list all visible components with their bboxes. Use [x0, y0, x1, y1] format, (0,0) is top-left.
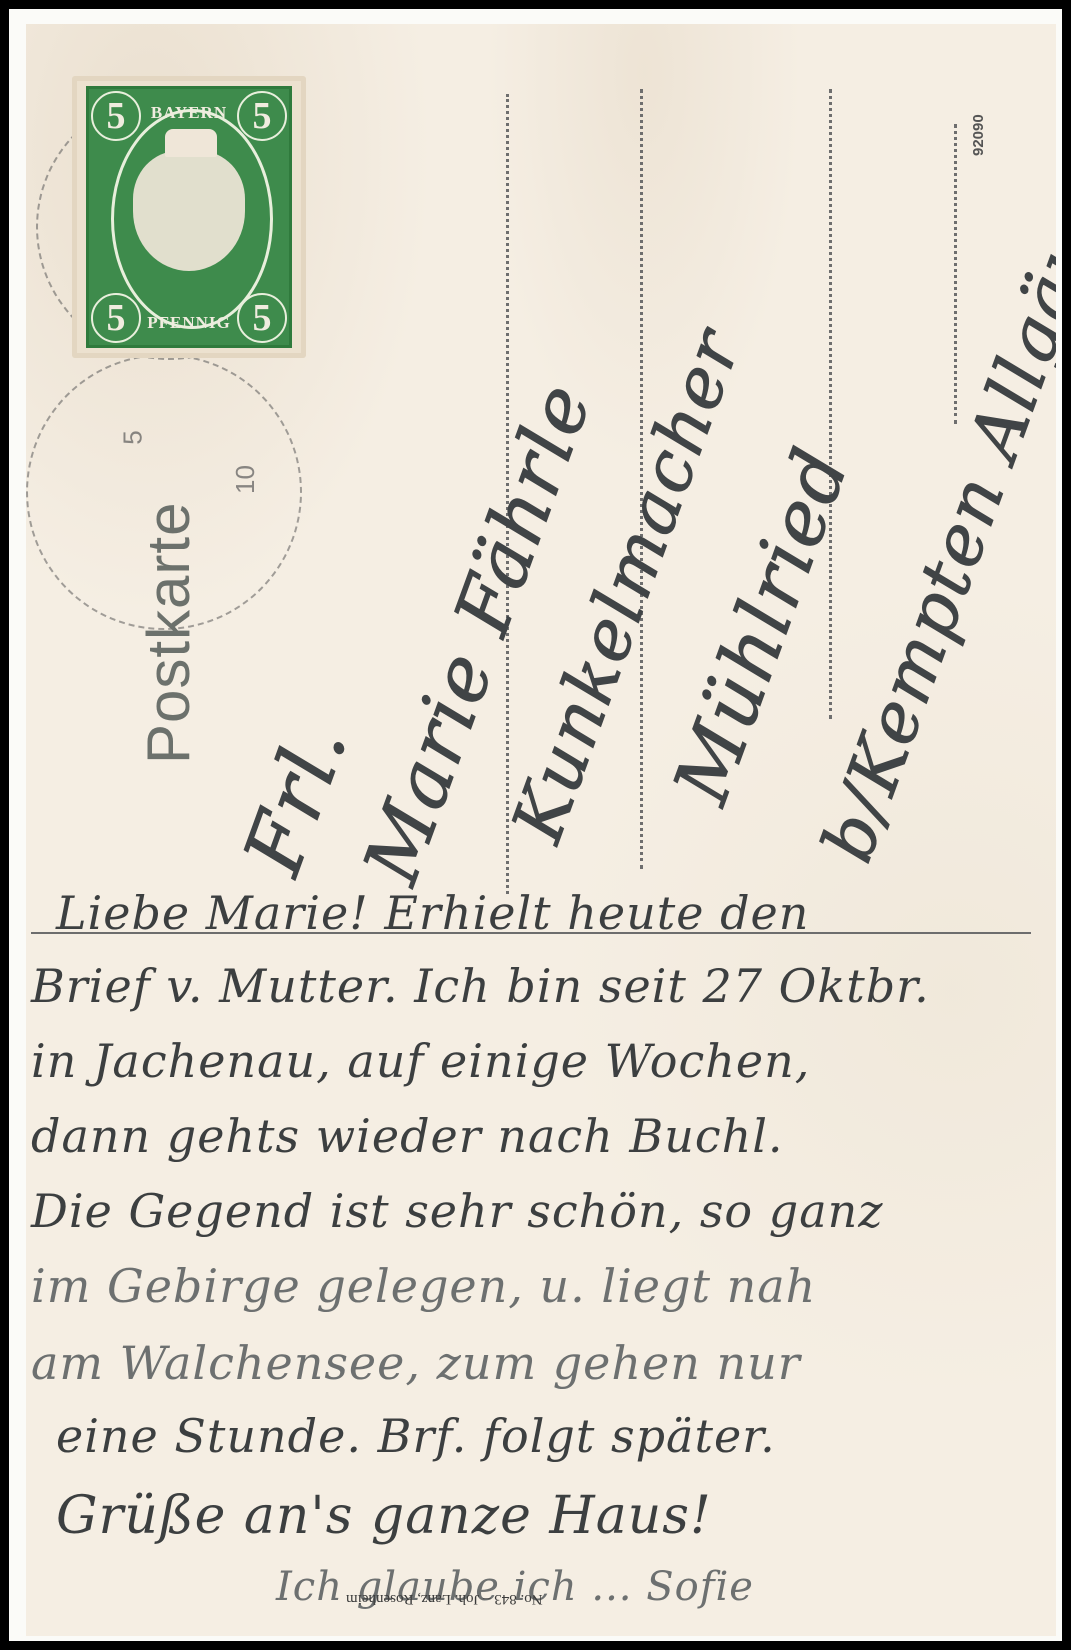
message-line-6: im Gebirge gelegen, u. liegt nah [31, 1259, 816, 1313]
postmark-year: 10 [230, 465, 261, 494]
coat-of-arms-icon [133, 151, 245, 271]
message-line-1: Liebe Marie! Erhielt heute den [56, 886, 809, 940]
serial-number: 92090 [970, 114, 987, 156]
address-line-4 [954, 124, 957, 424]
postcard: 5 10 BAYERN PFENNIG 5 5 5 5 Postkarte 92… [26, 24, 1056, 1636]
message-line-8: eine Stunde. Brf. folgt später. [56, 1409, 776, 1463]
photo-frame: 5 10 BAYERN PFENNIG 5 5 5 5 Postkarte 92… [9, 9, 1062, 1641]
stamp-face: BAYERN PFENNIG 5 5 5 5 [86, 86, 292, 348]
message-line-5: Die Gegend ist sehr schön, so ganz [31, 1184, 883, 1238]
message-line-4: dann gehts wieder nach Buchl. [31, 1109, 784, 1163]
postkarte-label: Postkarte [134, 502, 203, 764]
address-line-region: b/Kempten Allgäu [806, 217, 1056, 872]
message-line-9: Grüße an's ganze Haus! [56, 1486, 712, 1546]
postmark-day: 5 [118, 430, 149, 444]
address-line-salutation: Frl. [226, 710, 366, 885]
stamp-value-tl: 5 [91, 91, 141, 141]
message-line-2: Brief v. Mutter. Ich bin seit 27 Oktbr. [31, 959, 930, 1013]
postage-stamp: BAYERN PFENNIG 5 5 5 5 [72, 76, 306, 358]
message-line-3: in Jachenau, auf einige Wochen, [31, 1034, 810, 1088]
message-line-7: am Walchensee, zum gehen nur [31, 1336, 801, 1390]
stamp-value-bl: 5 [91, 293, 141, 343]
stamp-value-tr: 5 [237, 91, 287, 141]
printer-imprint: No. 843 – Joh. Lanz, Rosenheim [346, 1590, 543, 1607]
address-line-3 [829, 89, 832, 719]
stamp-value-br: 5 [237, 293, 287, 343]
